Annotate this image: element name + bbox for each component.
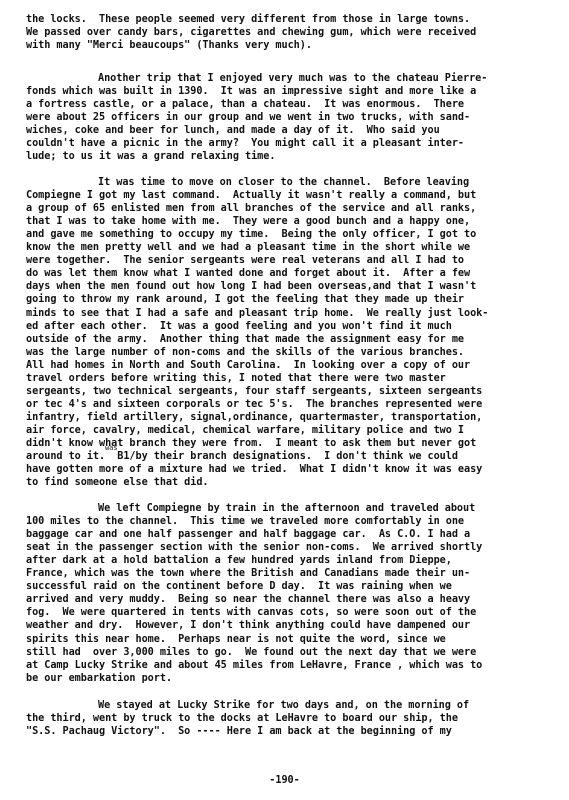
text-line: arrived and very muddy. Being so near th… — [26, 593, 470, 606]
text-line: infantry, field artillery, signal,ordina… — [26, 411, 482, 424]
text-line: around to it. B1/by their branch designa… — [26, 450, 458, 463]
text-line: were about 25 officers in our group and … — [26, 111, 470, 124]
text-line: seat in the passenger section with the s… — [26, 541, 482, 554]
text-line: couldn't have a picnic in the army? You … — [26, 137, 464, 150]
text-line: We stayed at Lucky Strike for two days a… — [98, 699, 469, 712]
handwritten-insertion: was — [105, 444, 118, 452]
text-line: be our embarkation port. — [26, 672, 172, 685]
text-line: baggage car and one half passenger and h… — [26, 528, 470, 541]
text-line: the locks. These people seemed very diff… — [26, 13, 470, 26]
text-line: fonds which was built in 1390. It was an… — [26, 85, 476, 98]
text-line: a group of 65 enlisted men from all bran… — [26, 202, 476, 215]
text-line: We left Compiegne by train in the aftern… — [98, 502, 475, 515]
text-line: going to throw my rank around, I got the… — [26, 293, 464, 306]
text-line: Another trip that I enjoyed very much wa… — [98, 72, 487, 85]
text-line: the third, went by truck to the docks at… — [26, 712, 458, 725]
text-line: It was time to move on closer to the cha… — [98, 176, 469, 189]
text-line: Compiegne I got my last command. Actuall… — [26, 189, 476, 202]
text-line: sergeants, two technical sergeants, four… — [26, 385, 482, 398]
text-line: were together. The senior sergeants were… — [26, 254, 464, 267]
text-line: still had over 3,000 miles to go. We fou… — [26, 646, 476, 659]
text-line: was the large number of non-coms and the… — [26, 346, 464, 359]
text-line: that I was to take home with me. They we… — [26, 215, 470, 228]
text-line: 100 miles to the channel. This time we t… — [26, 515, 464, 528]
page-number: -190- — [0, 774, 569, 787]
document-page: the locks. These people seemed very diff… — [0, 0, 569, 800]
text-line: travel orders before writing this, I not… — [26, 372, 446, 385]
text-line: All had homes in North and South Carolin… — [26, 359, 470, 372]
text-line: days when the men found out how long I h… — [26, 280, 476, 293]
text-line: didn't know what branch they were from. … — [26, 437, 476, 450]
text-line: weather and dry. However, I don't think … — [26, 619, 470, 632]
text-line: have gotten more of a mixture had we tri… — [26, 463, 482, 476]
text-line: lude; to us it was a grand relaxing time… — [26, 150, 275, 163]
text-line: a fortress castle, or a palace, than a c… — [26, 98, 464, 111]
text-line: "S.S. Pachaug Victory". So ---- Here I a… — [26, 725, 452, 738]
text-line: minds to see that I had a safe and pleas… — [26, 307, 488, 320]
text-line: at Camp Lucky Strike and about 45 miles … — [26, 659, 482, 672]
text-line: or tec 4's and sixteen corporals or tec … — [26, 398, 482, 411]
text-line: air force, cavalry, medical, chemical wa… — [26, 424, 464, 437]
text-line: do was let them know what I wanted done … — [26, 267, 470, 280]
text-line: France, which was the town where the Bri… — [26, 567, 470, 580]
text-line: spirits this near home. Perhaps near is … — [26, 633, 446, 646]
text-line: and gave me something to occupy my time.… — [26, 228, 476, 241]
text-line: ed after each other. It was a good feeli… — [26, 320, 452, 333]
text-line: successful raid on the continent before … — [26, 580, 452, 593]
text-line: with many "Merci beaucoups" (Thanks very… — [26, 39, 312, 52]
text-line: fog. We were quartered in tents with can… — [26, 606, 476, 619]
text-line: to find someone else that did. — [26, 476, 209, 489]
text-line: We passed over candy bars, cigarettes an… — [26, 26, 476, 39]
text-line: outside of the army. Another thing that … — [26, 333, 464, 346]
text-line: after dark at a hold battalion a few hun… — [26, 554, 452, 567]
text-line: wiches, coke and beer for lunch, and mad… — [26, 124, 440, 137]
text-line: know the men pretty well and we had a pl… — [26, 241, 470, 254]
